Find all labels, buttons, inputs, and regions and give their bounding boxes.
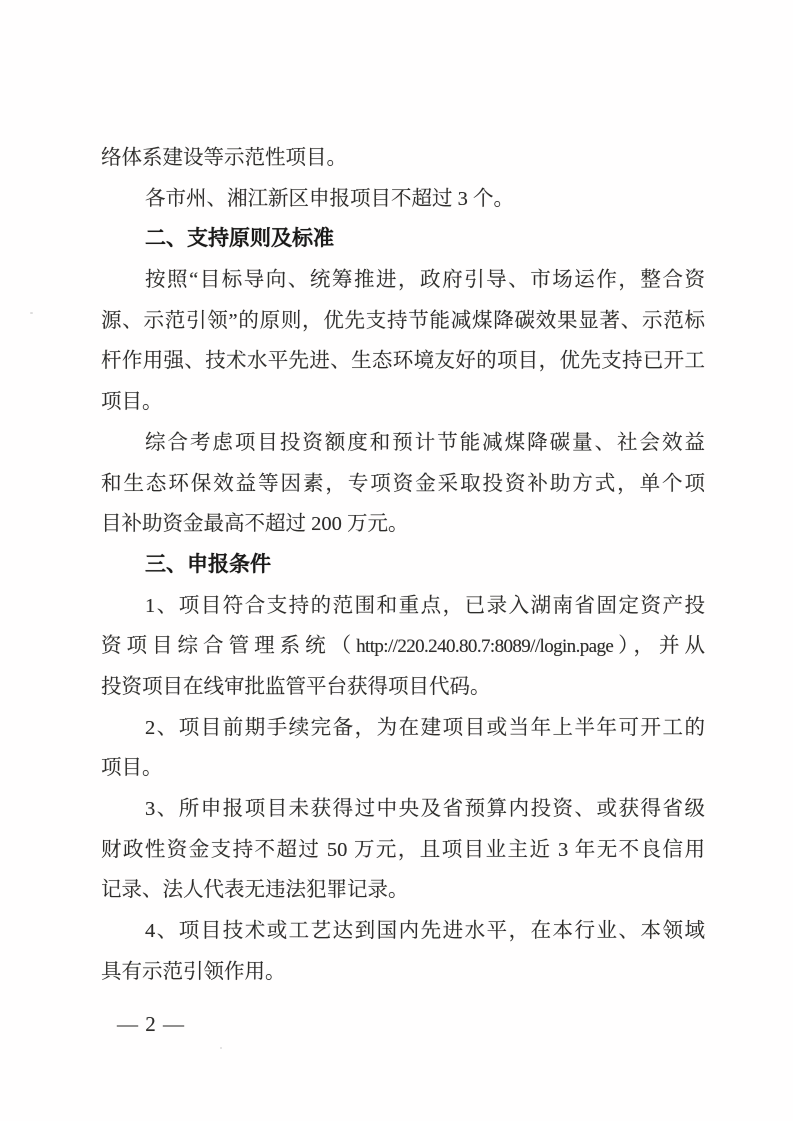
- text-line: 和生态环保效益等因素，专项资金采取投资补助方式，单个项: [101, 464, 705, 505]
- text-line: 络体系建设等示范性项目。: [101, 138, 705, 179]
- scan-speck: [220, 1047, 222, 1049]
- text-line: 投资项目在线审批监管平台获得项目代码。: [101, 667, 705, 708]
- section-heading-application-conditions: 三、申报条件: [101, 545, 705, 586]
- text-line: 按照“目标导向、统筹推进，政府引导、市场运作，整合资: [101, 260, 705, 301]
- text-line: 1、项目符合支持的范围和重点，已录入湖南省固定资产投: [101, 586, 705, 627]
- text-line: 杆作用强、技术水平先进、生态环境友好的项目，优先支持已开工: [101, 341, 705, 382]
- text-line: 各市州、湘江新区申报项目不超过 3 个。: [101, 179, 705, 220]
- text-line: 具有示范引领作用。: [101, 952, 705, 993]
- document-body: 络体系建设等示范性项目。 各市州、湘江新区申报项目不超过 3 个。 二、支持原则…: [101, 138, 705, 992]
- text-line: 源、示范引领”的原则，优先支持节能减煤降碳效果显著、示范标: [101, 301, 705, 342]
- text-line: 2、项目前期手续完备，为在建项目或当年上半年可开工的: [101, 708, 705, 749]
- section-heading-support-principles: 二、支持原则及标准: [101, 219, 705, 260]
- text-line: 财政性资金支持不超过 50 万元，且项目业主近 3 年无不良信用: [101, 830, 705, 871]
- text-line: 资项目综合管理系统（http://220.240.80.7:8089//logi…: [101, 626, 705, 667]
- text-line: 项目。: [101, 748, 705, 789]
- text-line: 目补助资金最高不超过 200 万元。: [101, 504, 705, 545]
- text-segment: 资项目综合管理系统（: [101, 635, 356, 657]
- text-line: 4、项目技术或工艺达到国内先进水平，在本行业、本领域: [101, 911, 705, 952]
- url-text: http://220.240.80.7:8089//login.page: [356, 636, 613, 657]
- text-line: 综合考虑项目投资额度和预计节能减煤降碳量、社会效益: [101, 423, 705, 464]
- text-line: 项目。: [101, 382, 705, 423]
- page-number: — 2 —: [117, 1010, 185, 1038]
- text-segment: ），并从: [613, 635, 705, 657]
- document-page: 络体系建设等示范性项目。 各市州、湘江新区申报项目不超过 3 个。 二、支持原则…: [0, 0, 793, 1121]
- text-line: 3、所申报项目未获得过中央及省预算内投资、或获得省级: [101, 789, 705, 830]
- text-line: 记录、法人代表无违法犯罪记录。: [101, 870, 705, 911]
- scan-speck: [30, 312, 33, 314]
